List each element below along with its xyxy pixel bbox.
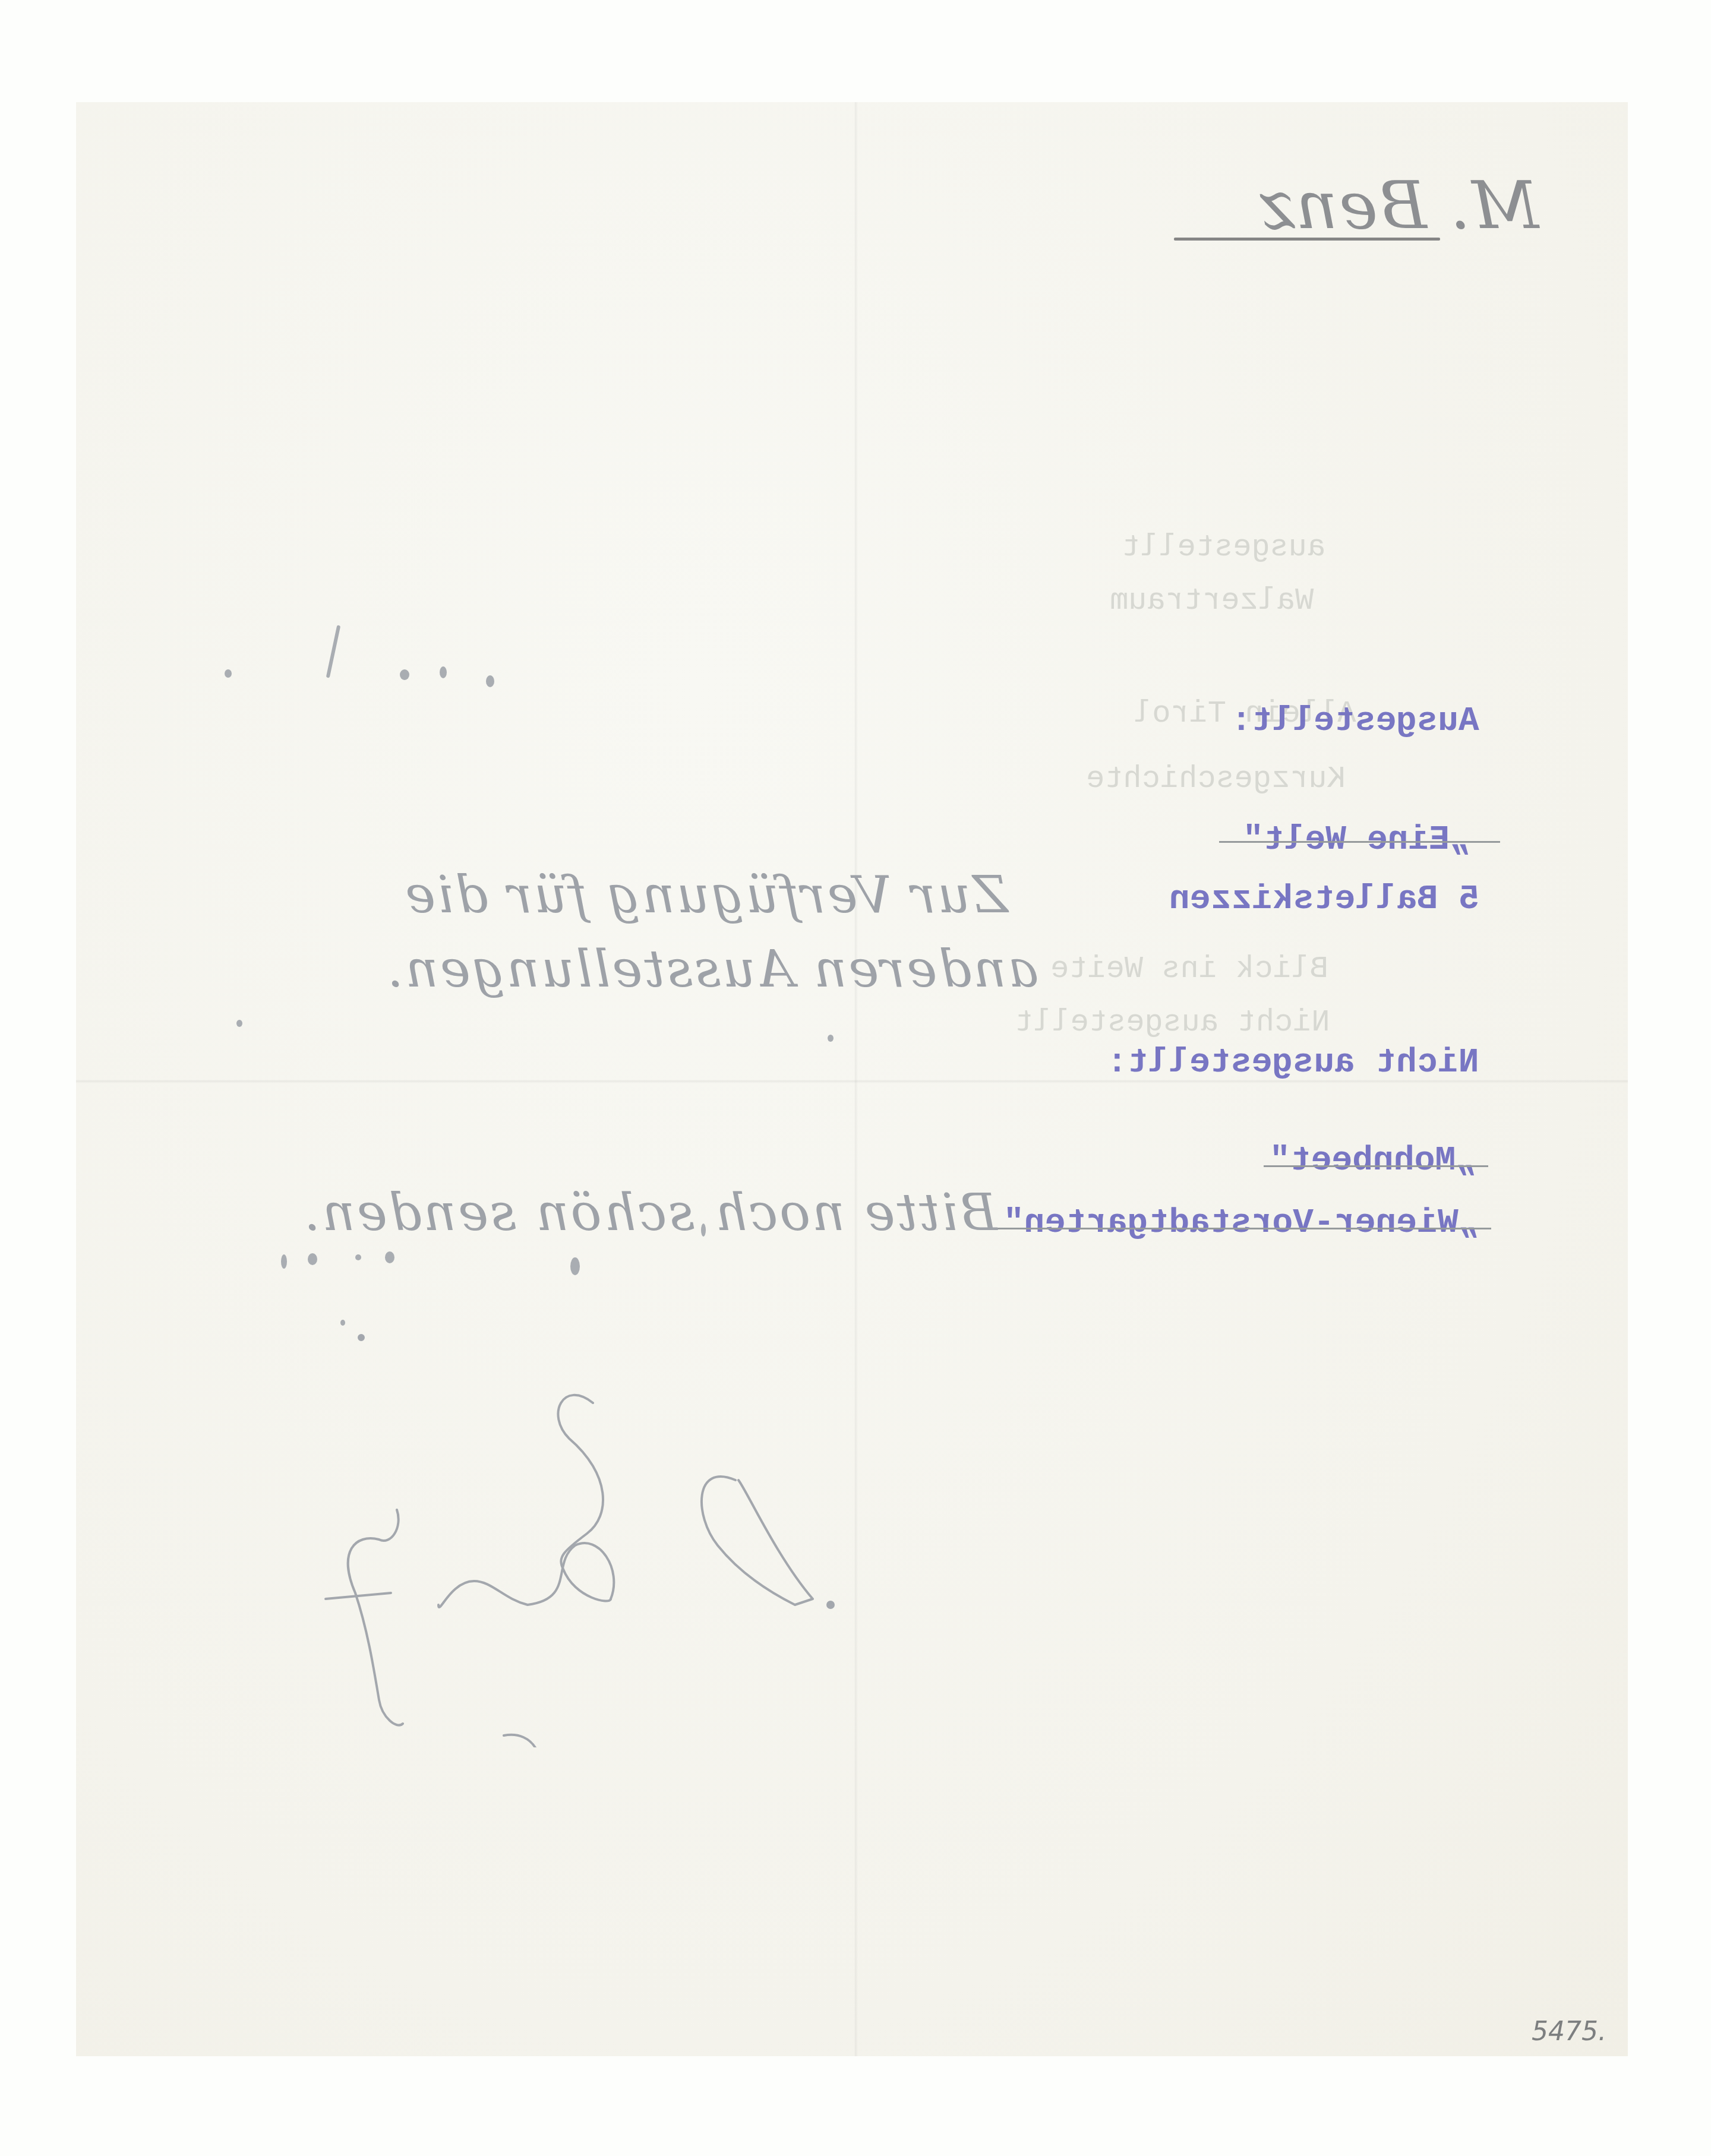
header-underline	[1174, 238, 1440, 241]
ink-speck	[701, 1224, 706, 1237]
item-text: 5 Balletskizzen	[1169, 880, 1479, 919]
section-heading-ausgestellt: Ausgestellt:	[1148, 663, 1479, 779]
section-heading-text: Nicht ausgestellt:	[1107, 1044, 1479, 1082]
ink-speck	[225, 669, 232, 678]
ink-speck	[828, 1035, 834, 1042]
document-page: ausgestellt Walzertraum Allein Tirol Kur…	[76, 102, 1628, 2056]
archive-number: 5475.	[1532, 2016, 1606, 2047]
ink-speck	[400, 669, 409, 680]
item-wiener-vorstadtgarten: „Wiener-Vorstadtgarten"	[921, 1165, 1479, 1281]
ghost-text: Walzertraum	[1110, 583, 1314, 618]
strikethrough: „Wiener-Vorstadtgarten"	[1003, 1204, 1479, 1243]
handwritten-note-line-2: anderen Ausstellungen.	[314, 880, 1038, 1058]
header-name-text: M. Benz	[1259, 167, 1539, 244]
item-text: „Wiener-Vorstadtgarten"	[1003, 1204, 1479, 1243]
ink-speck	[570, 1257, 580, 1275]
ink-speck	[355, 1254, 361, 1260]
signature-scribble	[278, 1320, 932, 1747]
section-heading-text: Ausgestellt:	[1231, 702, 1479, 741]
ink-stroke	[326, 625, 341, 678]
handwritten-note-line-3: Bitte noch schön senden.	[231, 1124, 997, 1302]
ink-speck	[236, 1020, 242, 1027]
ink-speck	[385, 1251, 394, 1263]
ghost-text: ausgestellt	[1122, 530, 1325, 565]
ink-speck	[486, 675, 494, 687]
note-text: Bitte noch schön senden.	[302, 1183, 997, 1243]
ink-speck	[281, 1254, 287, 1269]
note-text: anderen Ausstellungen.	[386, 940, 1038, 999]
header-handwritten-name: M. Benz	[1259, 167, 1539, 244]
item-balletskizzen: 5 Balletskizzen	[1087, 842, 1479, 957]
ink-speck	[308, 1253, 317, 1265]
ink-speck	[440, 666, 447, 678]
